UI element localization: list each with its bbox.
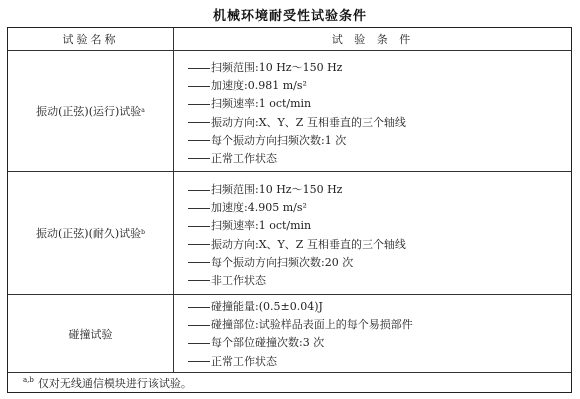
condition-item: 扫频速率:1 oct/min xyxy=(188,95,571,113)
condition-item: 正常工作状态 xyxy=(188,353,571,371)
row-conditions-bump-test: 碰撞能量:(0.5±0.04)J 碰撞部位:试验样品表面上的每个易损部件 每个部… xyxy=(175,298,571,371)
condition-item: 扫频范围:10 Hz～150 Hz xyxy=(188,59,571,77)
condition-item: 碰撞部位:试验样品表面上的每个易损部件 xyxy=(188,316,571,334)
em-dash-bullet xyxy=(188,208,210,209)
test-conditions-table: 试验名称 试 验 条 件 振动(正弦)(运行)试验a 扫频范围:10 Hz～15… xyxy=(7,27,572,393)
em-dash-bullet xyxy=(188,244,210,245)
condition-item: 非工作状态 xyxy=(188,272,571,290)
condition-item: 扫频范围:10 Hz～150 Hz xyxy=(188,181,571,199)
table-title: 机械环境耐受性试验条件 xyxy=(0,5,580,24)
em-dash-bullet xyxy=(188,158,210,159)
em-dash-bullet xyxy=(188,122,210,123)
table-footnote: a,b 仅对无线通信模块进行该试验。 xyxy=(23,373,571,393)
condition-item: 振动方向:X、Y、Z 互相垂直的三个轴线 xyxy=(188,114,571,132)
condition-item: 碰撞能量:(0.5±0.04)J xyxy=(188,298,571,316)
condition-item: 扫频速率:1 oct/min xyxy=(188,217,571,235)
row-conditions-vibration-operating: 扫频范围:10 Hz～150 Hz 加速度:0.981 m/s² 扫频速率:1 … xyxy=(175,59,571,168)
column-divider xyxy=(173,28,174,372)
row-name-vibration-operating: 振动(正弦)(运行)试验a xyxy=(8,51,173,171)
em-dash-bullet xyxy=(188,226,210,227)
em-dash-bullet xyxy=(188,325,210,326)
test-name: 碰撞试验 xyxy=(69,326,113,342)
em-dash-bullet xyxy=(188,343,210,344)
condition-item: 每个振动方向扫频次数:1 次 xyxy=(188,132,571,150)
footnote-text: 仅对无线通信模块进行该试验。 xyxy=(38,375,192,391)
em-dash-bullet xyxy=(188,307,210,308)
em-dash-bullet xyxy=(188,280,210,281)
em-dash-bullet xyxy=(188,68,210,69)
condition-item: 加速度:4.905 m/s² xyxy=(188,199,571,217)
condition-item: 振动方向:X、Y、Z 互相垂直的三个轴线 xyxy=(188,236,571,254)
header-test-conditions: 试 验 条 件 xyxy=(175,28,571,50)
em-dash-bullet xyxy=(188,262,210,263)
test-name: 振动(正弦)(耐久)试验 xyxy=(36,225,141,241)
condition-item: 每个部位碰撞次数:3 次 xyxy=(188,334,571,352)
condition-item: 加速度:0.981 m/s² xyxy=(188,77,571,95)
header-test-name: 试验名称 xyxy=(8,28,173,50)
row-name-bump-test: 碰撞试验 xyxy=(8,295,173,372)
test-name: 振动(正弦)(运行)试验 xyxy=(36,103,141,119)
em-dash-bullet xyxy=(188,190,210,191)
em-dash-bullet xyxy=(188,86,210,87)
footnote-mark: a,b xyxy=(23,376,34,384)
condition-item: 正常工作状态 xyxy=(188,150,571,168)
row-conditions-vibration-endurance: 扫频范围:10 Hz～150 Hz 加速度:4.905 m/s² 扫频速率:1 … xyxy=(175,181,571,290)
em-dash-bullet xyxy=(188,140,210,141)
em-dash-bullet xyxy=(188,361,210,362)
em-dash-bullet xyxy=(188,104,210,105)
condition-item: 每个振动方向扫频次数:20 次 xyxy=(188,254,571,272)
row-name-vibration-endurance: 振动(正弦)(耐久)试验b xyxy=(8,172,173,294)
